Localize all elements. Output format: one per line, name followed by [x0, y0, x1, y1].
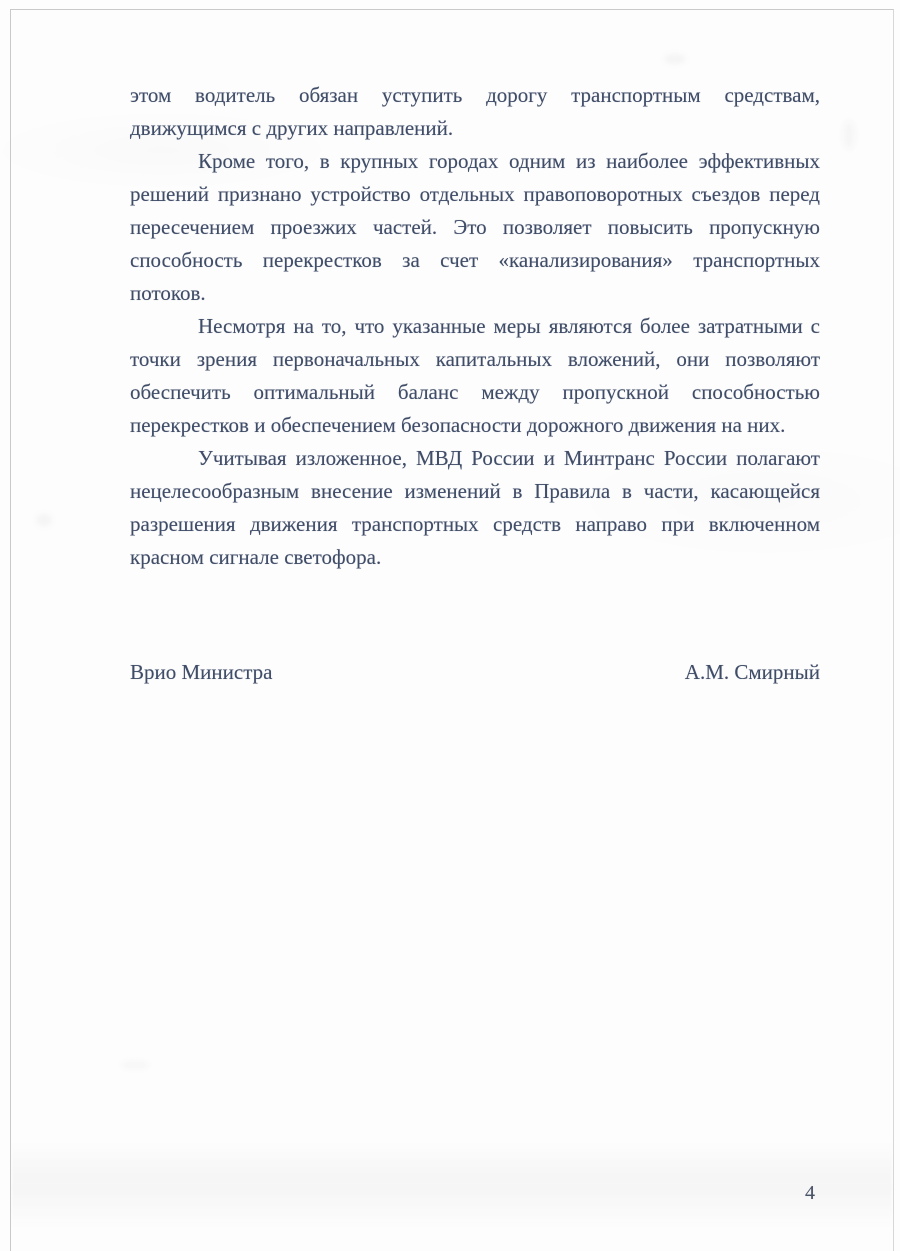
text-line: Учитывая изложенное, МВД России и Минтра…: [130, 442, 820, 475]
signature-name: А.М. Смирный: [685, 656, 820, 689]
signature-block: Врио Министра А.М. Смирный: [130, 656, 820, 689]
text-line: красном сигнале светофора.: [130, 541, 820, 574]
scan-noise-speck: [120, 1060, 150, 1070]
text-line: точки зрения первоначальных капитальных …: [130, 343, 820, 376]
text-line: решений признано устройство отдельных пр…: [130, 178, 820, 211]
scan-noise-speck: [664, 54, 686, 64]
signature-position: Врио Министра: [130, 656, 272, 689]
document-body: этом водитель обязан уступить дорогу тра…: [130, 79, 820, 574]
text-line: перекрестков и обеспечением безопасности…: [130, 409, 820, 442]
scan-noise-speck: [842, 120, 856, 150]
text-line: движущимся с других направлений.: [130, 112, 820, 145]
text-line: способность перекрестков за счет «канали…: [130, 244, 820, 277]
scan-noise-speck: [36, 514, 52, 526]
scan-noise-band: [12, 1142, 892, 1228]
text-line: Несмотря на то, что указанные меры являю…: [130, 310, 820, 343]
text-line: обеспечить оптимальный баланс между проп…: [130, 376, 820, 409]
scanned-document-page: этом водитель обязан уступить дорогу тра…: [0, 0, 900, 1251]
text-line: Кроме того, в крупных городах одним из н…: [130, 145, 820, 178]
text-line: потоков.: [130, 277, 820, 310]
text-line: разрешения движения транспортных средств…: [130, 508, 820, 541]
page-number: 4: [805, 1181, 815, 1205]
text-line: нецелесообразным внесение изменений в Пр…: [130, 475, 820, 508]
text-line: пересечением проезжих частей. Это позвол…: [130, 211, 820, 244]
text-line: этом водитель обязан уступить дорогу тра…: [130, 79, 820, 112]
